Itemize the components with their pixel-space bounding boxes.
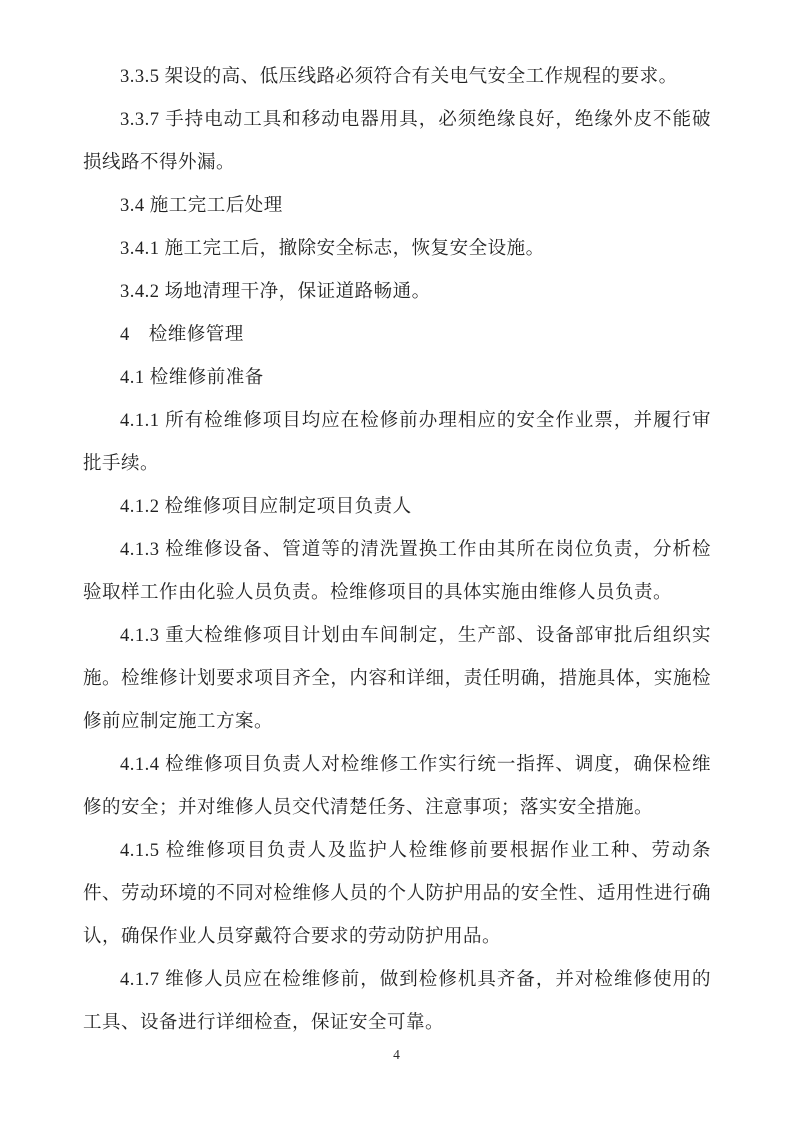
paragraph-4-1-7: 4.1.7 维修人员应在检维修前，做到检修机具齐备，并对检维修使用的工具、设备进… (83, 959, 711, 1045)
document-page: 3.3.5 架设的高、低压线路必须符合有关电气安全工作规程的要求。3.3.7 手… (0, 0, 793, 1122)
heading-4-1: 4.1 检维修前准备 (83, 357, 711, 400)
page-number: 4 (393, 1047, 400, 1062)
heading-3-4: 3.4 施工完工后处理 (83, 185, 711, 228)
paragraph-4-1-5: 4.1.5 检维修项目负责人及监护人检维修前要根据作业工种、劳动条件、劳动环境的… (83, 830, 711, 959)
page-footer: 4 (0, 1046, 793, 1064)
paragraph-4-1-1: 4.1.1 所有检维修项目均应在检修前办理相应的安全作业票，并履行审批手续。 (83, 400, 711, 486)
paragraph-3-3-5: 3.3.5 架设的高、低压线路必须符合有关电气安全工作规程的要求。 (83, 56, 711, 99)
paragraph-4-1-4: 4.1.4 检维修项目负责人对检维修工作实行统一指挥、调度，确保检维修的安全；并… (83, 744, 711, 830)
paragraph-3-4-1: 3.4.1 施工完工后，撤除安全标志，恢复安全设施。 (83, 228, 711, 271)
paragraph-4-1-3b: 4.1.3 重大检维修项目计划由车间制定，生产部、设备部审批后组织实施。检维修计… (83, 615, 711, 744)
paragraph-3-3-7: 3.3.7 手持电动工具和移动电器用具，必须绝缘良好，绝缘外皮不能破损线路不得外… (83, 99, 711, 185)
heading-4: 4 检维修管理 (83, 314, 711, 357)
paragraph-4-1-3a: 4.1.3 检维修设备、管道等的清洗置换工作由其所在岗位负责，分析检验取样工作由… (83, 529, 711, 615)
paragraph-3-4-2: 3.4.2 场地清理干净，保证道路畅通。 (83, 271, 711, 314)
paragraph-4-1-2: 4.1.2 检维修项目应制定项目负责人 (83, 486, 711, 529)
document-body: 3.3.5 架设的高、低压线路必须符合有关电气安全工作规程的要求。3.3.7 手… (83, 56, 711, 1045)
